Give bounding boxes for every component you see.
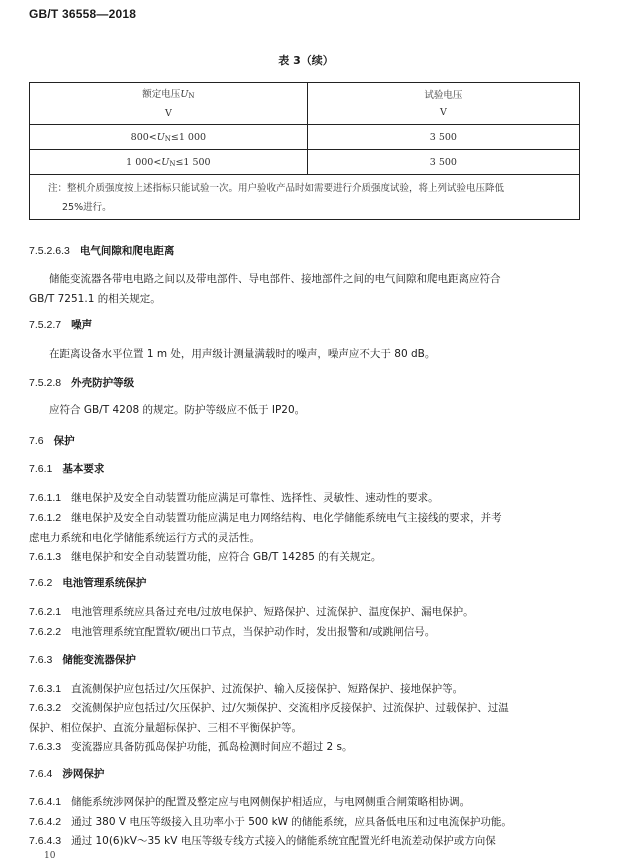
clause-number: 7.6.3.3 xyxy=(29,741,61,753)
clause-text: 继电保护及安全自动装置功能应满足可靠性、选择性、灵敏性、速动性的要求。 xyxy=(71,492,439,504)
clause-number: 7.6.2 xyxy=(29,577,52,589)
rated-voltage-cell: 800<UN≤1 000 xyxy=(30,125,308,150)
note-line-1: 注：整机介质强度按上述指标只能试验一次。用户验收产品时如需要进行介质强度试验，将… xyxy=(48,183,504,194)
clause-number: 7.6.3.2 xyxy=(29,702,61,714)
heading-title: 涉网保护 xyxy=(62,768,104,780)
heading-title: 保护 xyxy=(54,435,75,447)
clause-text: 继电保护及安全自动装置功能应满足电力网络结构、电化学储能系统电气主接线的要求，并… xyxy=(71,512,502,524)
page-number: 10 xyxy=(44,851,55,861)
heading-title: 电气间隙和爬电距离 xyxy=(80,245,175,257)
table-note: 注：整机介质强度按上述指标只能试验一次。用户验收产品时如需要进行介质强度试验，将… xyxy=(30,175,580,220)
clause-number: 7.6.2.2 xyxy=(29,626,61,638)
clause-7-6-1-3: 7.6.1.3继电保护和安全自动装置功能，应符合 GB/T 14285 的有关规… xyxy=(29,549,381,564)
test-voltage-table: 额定电压UN V 试验电压 V 800<UN≤1 000 3 500 1 000… xyxy=(29,82,580,220)
clause-7-6-1-1: 7.6.1.1继电保护及安全自动装置功能应满足可靠性、选择性、灵敏性、速动性的要… xyxy=(29,490,439,505)
clause-7-6-3-2-cont: 保护、相位保护、直流分量超标保护、三相不平衡保护等。 xyxy=(29,720,302,735)
clause-7-6-4-1: 7.6.4.1储能系统涉网保护的配置及整定应与电网侧保护相适应，与电网侧重合闸策… xyxy=(29,794,470,809)
clause-text: 变流器应具备防孤岛保护功能，孤岛检测时间应不超过 2 s。 xyxy=(71,741,352,753)
clause-7-6-2-1: 7.6.2.1电池管理系统应具备过充电/过放电保护、短路保护、过流保护、温度保护… xyxy=(29,604,474,619)
heading-7-6-1: 7.6.1基本要求 xyxy=(29,461,104,476)
clause-number: 7.6.3.1 xyxy=(29,683,61,695)
clause-text: 储能系统涉网保护的配置及整定应与电网侧保护相适应，与电网侧重合闸策略相协调。 xyxy=(71,796,470,808)
heading-7-6-3: 7.6.3储能变流器保护 xyxy=(29,652,136,667)
table-row: 1 000<UN≤1 500 3 500 xyxy=(30,150,580,175)
paragraph-noise: 在距离设备水平位置 1 m 处，用声级计测量满载时的噪声，噪声应不大于 80 d… xyxy=(49,346,435,361)
range-symbol: U xyxy=(157,132,165,143)
heading-title: 外壳防护等级 xyxy=(71,377,134,389)
test-voltage-cell: 3 500 xyxy=(307,125,579,150)
table-header-row: 额定电压UN V 试验电压 V xyxy=(30,83,580,125)
clause-text: 交流侧保护应包括过/欠压保护、过/欠频保护、交流相序反接保护、过流保护、过载保护… xyxy=(71,702,509,714)
clause-number: 7.5.2.8 xyxy=(29,377,61,389)
clause-7-6-1-2: 7.6.1.2继电保护及安全自动装置功能应满足电力网络结构、电化学储能系统电气主… xyxy=(29,510,502,525)
table-title: 表 3（续） xyxy=(0,52,612,68)
clause-7-6-2-2: 7.6.2.2电池管理系统宜配置软/硬出口节点，当保护动作时，发出报警和/或跳闸… xyxy=(29,624,435,639)
heading-7-6-4: 7.6.4涉网保护 xyxy=(29,766,104,781)
rated-voltage-subscript: N xyxy=(188,92,194,100)
heading-title: 噪声 xyxy=(71,319,92,331)
clause-number: 7.6.1.1 xyxy=(29,492,61,504)
table-note-row: 注：整机介质强度按上述指标只能试验一次。用户验收产品时如需要进行介质强度试验，将… xyxy=(30,175,580,220)
column-header-rated-voltage: 额定电压UN V xyxy=(30,83,308,125)
clause-number: 7.5.2.7 xyxy=(29,319,61,331)
clause-7-6-4-3: 7.6.4.3通过 10(6)kV～35 kV 电压等级专线方式接入的储能系统宜… xyxy=(29,833,496,848)
clause-number: 7.6.4.2 xyxy=(29,816,61,828)
clause-number: 7.6.4 xyxy=(29,768,52,780)
test-voltage-cell: 3 500 xyxy=(307,150,579,175)
clause-number: 7.6.4.1 xyxy=(29,796,61,808)
rated-voltage-cell: 1 000<UN≤1 500 xyxy=(30,150,308,175)
heading-title: 基本要求 xyxy=(62,463,104,475)
heading-title: 电池管理系统保护 xyxy=(62,577,146,589)
clause-text: 通过 10(6)kV～35 kV 电压等级专线方式接入的储能系统宜配置光纤电流差… xyxy=(71,835,496,847)
clause-7-6-3-1: 7.6.3.1直流侧保护应包括过/欠压保护、过流保护、输入反接保护、短路保护、接… xyxy=(29,681,463,696)
table-row: 800<UN≤1 000 3 500 xyxy=(30,125,580,150)
test-voltage-label: 试验电压 xyxy=(424,90,462,101)
clause-number: 7.6.3 xyxy=(29,654,52,666)
clause-number: 7.5.2.6.3 xyxy=(29,245,70,257)
clause-number: 7.6.2.1 xyxy=(29,606,61,618)
paragraph-clearance-line2: GB/T 7251.1 的相关规定。 xyxy=(29,291,161,306)
clause-number: 7.6.1.3 xyxy=(29,551,61,563)
range-lower: 1 000< xyxy=(126,157,161,168)
clause-text: 电池管理系统应具备过充电/过放电保护、短路保护、过流保护、温度保护、漏电保护。 xyxy=(71,606,474,618)
clause-7-6-3-2: 7.6.3.2交流侧保护应包括过/欠压保护、过/欠频保护、交流相序反接保护、过流… xyxy=(29,700,509,715)
column-header-test-voltage: 试验电压 V xyxy=(307,83,579,125)
heading-title: 储能变流器保护 xyxy=(62,654,136,666)
heading-7-6-2: 7.6.2电池管理系统保护 xyxy=(29,575,146,590)
paragraph-enclosure: 应符合 GB/T 4208 的规定。防护等级应不低于 IP20。 xyxy=(49,402,305,417)
heading-7-5-2-7: 7.5.2.7噪声 xyxy=(29,317,92,332)
standard-id: GB/T 36558—2018 xyxy=(29,7,136,21)
range-upper: ≤1 500 xyxy=(175,157,210,168)
rated-voltage-label: 额定电压 xyxy=(142,89,180,100)
test-voltage-unit: V xyxy=(440,107,447,118)
heading-7-5-2-8: 7.5.2.8外壳防护等级 xyxy=(29,375,134,390)
clause-7-6-4-2: 7.6.4.2通过 380 V 电压等级接入且功率小于 500 kW 的储能系统… xyxy=(29,814,512,829)
paragraph-clearance-line1: 储能变流器各带电电路之间以及带电部件、导电部件、接地部件之间的电气间隙和爬电距离… xyxy=(49,271,501,286)
heading-7-5-2-6-3: 7.5.2.6.3电气间隙和爬电距离 xyxy=(29,243,174,258)
range-lower: 800< xyxy=(131,132,157,143)
clause-7-6-3-3: 7.6.3.3变流器应具备防孤岛保护功能，孤岛检测时间应不超过 2 s。 xyxy=(29,739,352,754)
clause-text: 通过 380 V 电压等级接入且功率小于 500 kW 的储能系统，应具备低电压… xyxy=(71,816,512,828)
clause-text: 直流侧保护应包括过/欠压保护、过流保护、输入反接保护、短路保护、接地保护等。 xyxy=(71,683,463,695)
clause-number: 7.6 xyxy=(29,435,44,447)
clause-number: 7.6.1.2 xyxy=(29,512,61,524)
range-upper: ≤1 000 xyxy=(171,132,206,143)
rated-voltage-unit: V xyxy=(165,108,172,119)
heading-7-6: 7.6保护 xyxy=(29,433,75,448)
clause-number: 7.6.4.3 xyxy=(29,835,61,847)
clause-text: 继电保护和安全自动装置功能，应符合 GB/T 14285 的有关规定。 xyxy=(71,551,381,563)
clause-text: 电池管理系统宜配置软/硬出口节点，当保护动作时，发出报警和/或跳闸信号。 xyxy=(71,626,435,638)
note-line-2: 25%进行。 xyxy=(48,198,579,217)
clause-number: 7.6.1 xyxy=(29,463,52,475)
clause-7-6-1-2-cont: 虑电力系统和电化学储能系统运行方式的灵活性。 xyxy=(29,530,260,545)
